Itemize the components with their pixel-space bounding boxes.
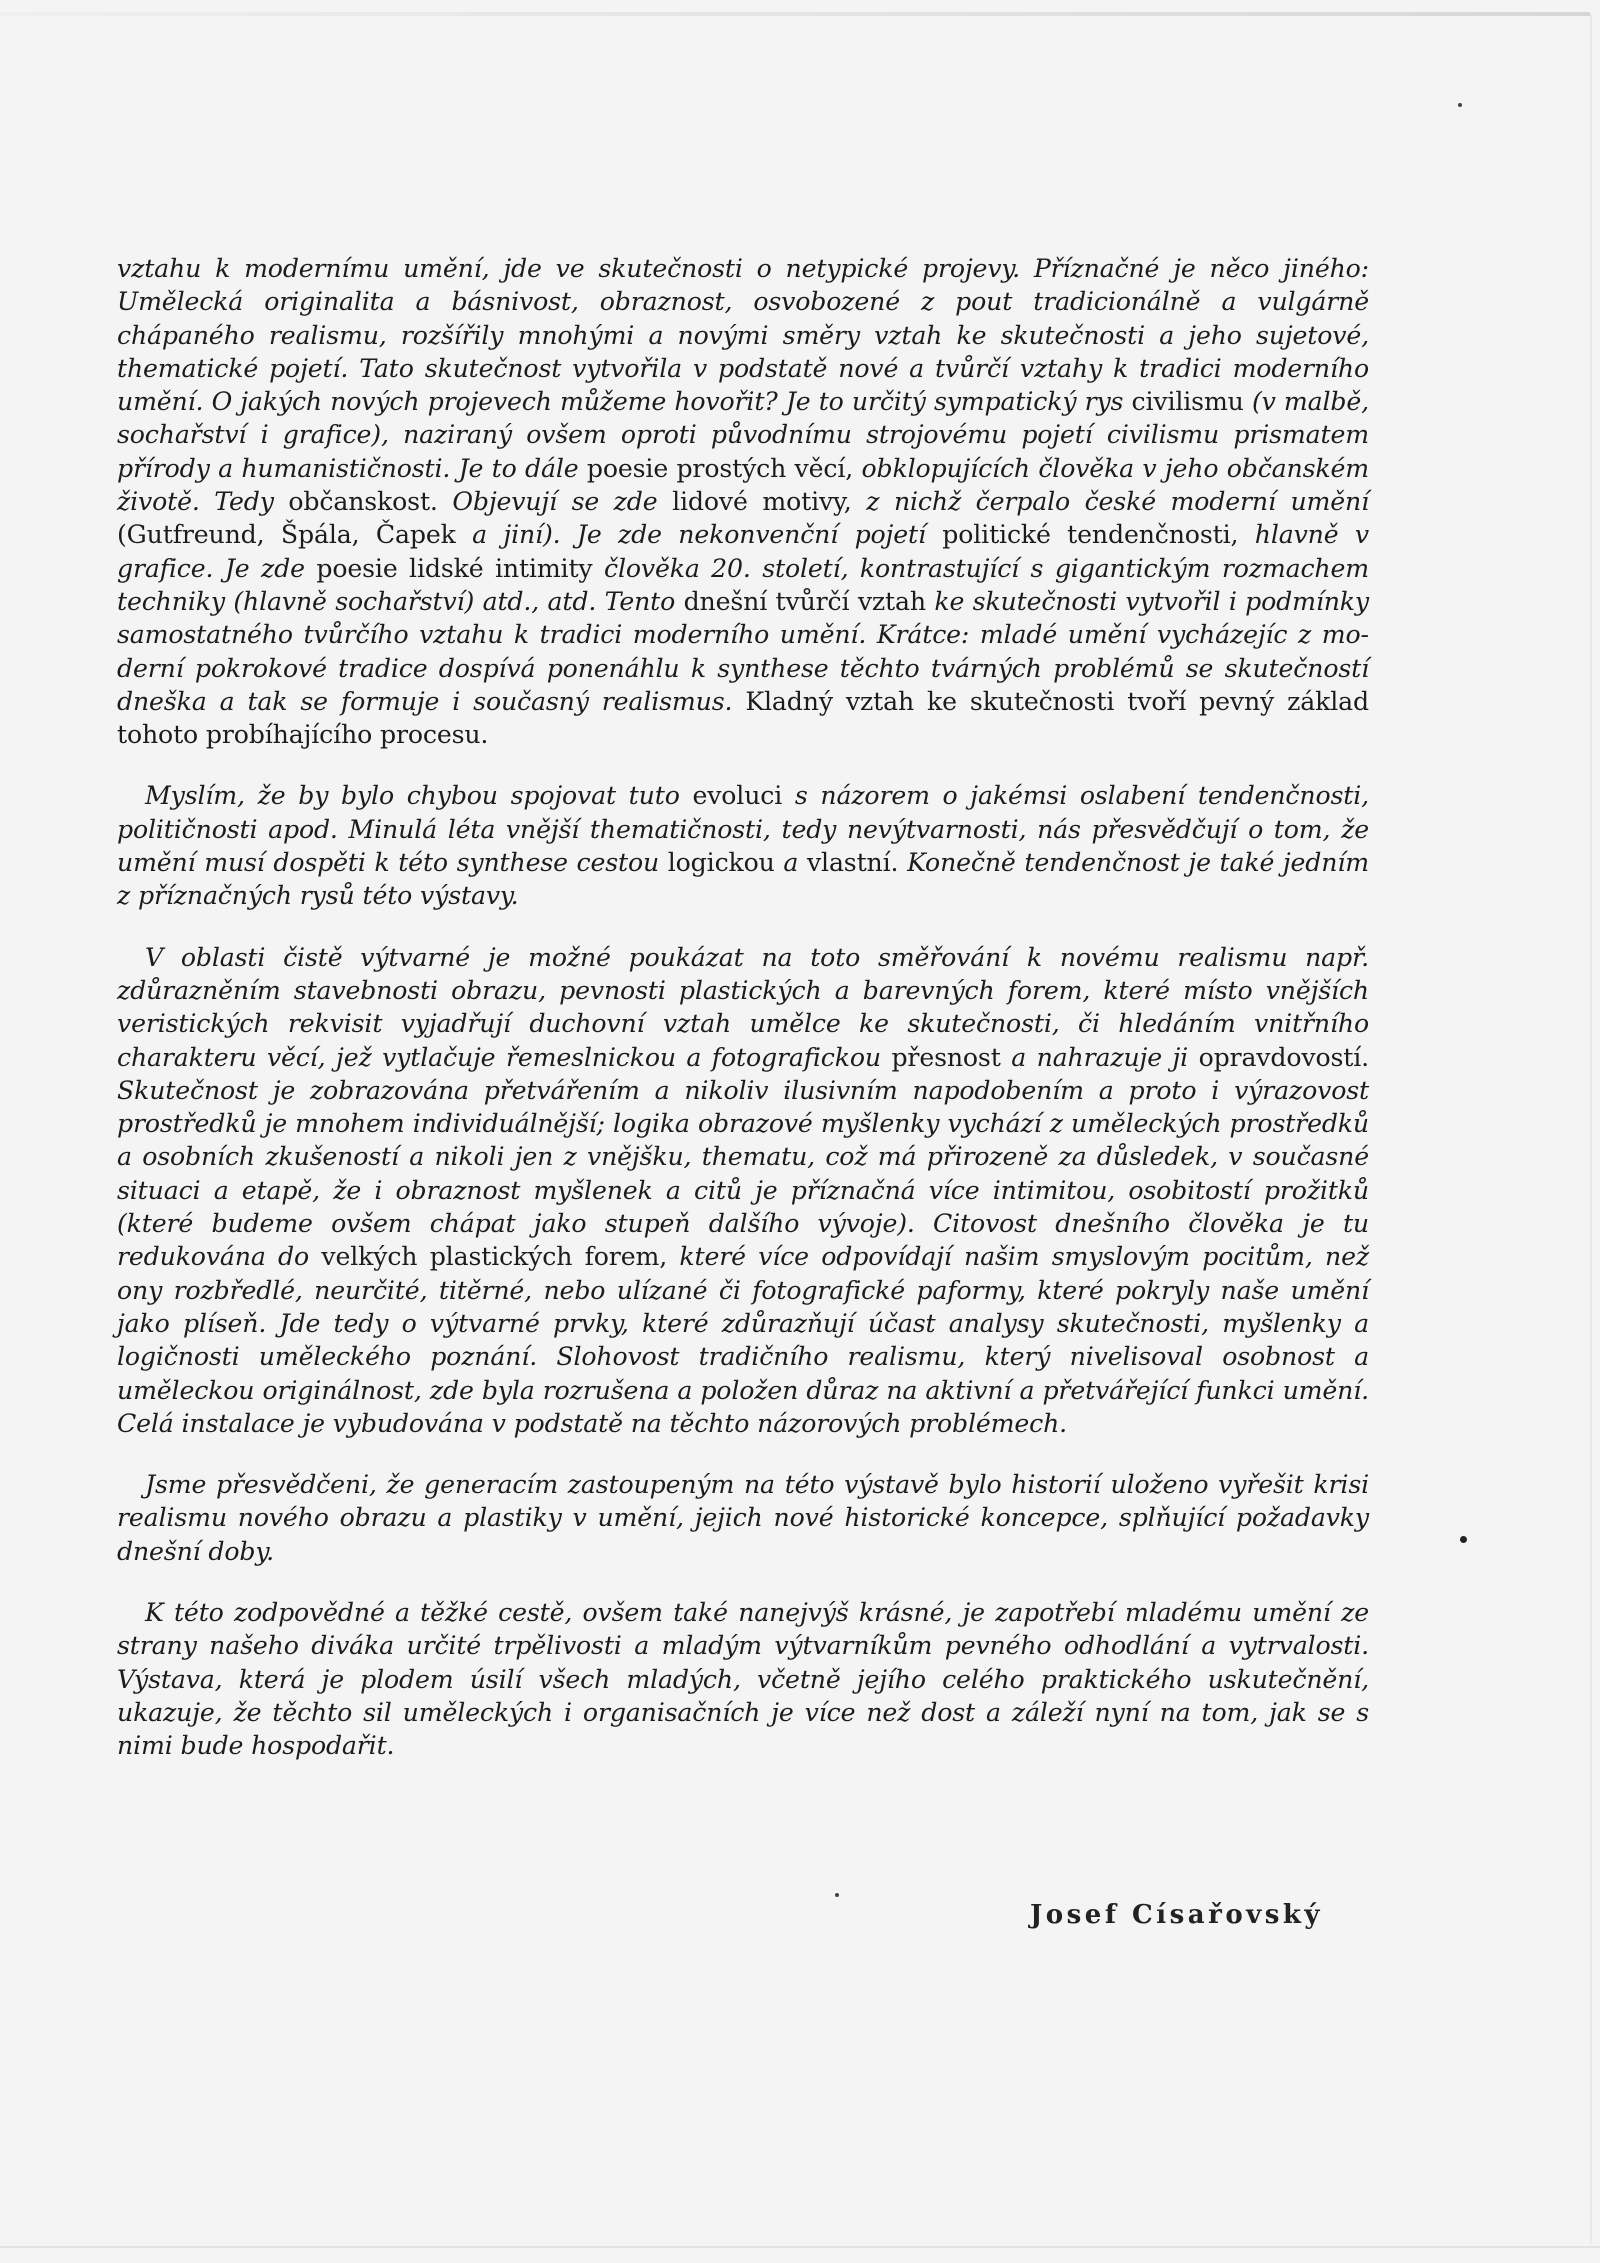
italic-text-run: Jsme přesvědčeni, že generacím zastoupen… (117, 1470, 1369, 1566)
italic-text-run: a jiní). Je zde nekonvenční pojetí (472, 520, 942, 549)
italic-text-run: které více odpovídají našim smyslovým po… (117, 1242, 1369, 1437)
roman-text-run: politické tendenčnosti, (942, 520, 1254, 549)
essay-body: vztahu k modernímu umění, jde ve skutečn… (117, 252, 1369, 1790)
italic-text-run: a (783, 848, 807, 877)
roman-text-run: občanskost. (288, 487, 452, 516)
paragraph-4: Jsme přesvědčeni, že generacím zastoupen… (117, 1468, 1369, 1568)
roman-text-run: (Gutfreund, Špála, Čapek (117, 520, 472, 549)
roman-text-run: civilismu (1132, 387, 1252, 416)
scan-page-edge-top (0, 12, 1590, 16)
paragraph-5: K této zodpovědné a těžké cestě, ovšem t… (117, 1596, 1369, 1762)
paragraph-1: vztahu k modernímu umění, jde ve skutečn… (117, 252, 1369, 751)
roman-text-run: opravdovostí. (1199, 1043, 1369, 1072)
roman-text-run: lidové motivy, (672, 487, 866, 516)
roman-text-run: evoluci (692, 781, 794, 810)
roman-text-run: velkých plastických forem, (321, 1242, 679, 1271)
paragraph-2: Myslím, že by bylo chybou spojovat tuto … (117, 779, 1369, 912)
scan-page-edge-right (1590, 14, 1592, 2244)
italic-text-run: z nichž čerpalo české moderní umění (866, 487, 1369, 516)
italic-text-run: K této zodpovědné a těžké cestě, ovšem t… (117, 1598, 1369, 1760)
stray-ink-dot (1458, 103, 1462, 107)
stray-ink-dot (1460, 1536, 1467, 1543)
author-signature: Josef Císařovský (1030, 1900, 1323, 1930)
italic-text-run: Myslím, že by bylo chybou spojovat tuto (145, 781, 692, 810)
roman-text-run: logickou (668, 848, 784, 877)
roman-text-run: poesie prostých věcí, (587, 454, 862, 483)
stray-ink-dot (835, 1893, 839, 1897)
roman-text-run: dnešní tvůrčí vztah (684, 587, 935, 616)
scan-page-edge-bottom (0, 2246, 1600, 2248)
italic-text-run: a nahrazuje ji (1011, 1043, 1198, 1072)
paragraph-3: V oblasti čistě výtvarné je možné poukáz… (117, 941, 1369, 1440)
italic-text-run: Objevují se zde (452, 487, 672, 516)
roman-text-run: přesnost (891, 1043, 1011, 1072)
roman-text-run: poesie lidské intimity (316, 554, 604, 583)
roman-text-run: vlastní. (807, 848, 907, 877)
